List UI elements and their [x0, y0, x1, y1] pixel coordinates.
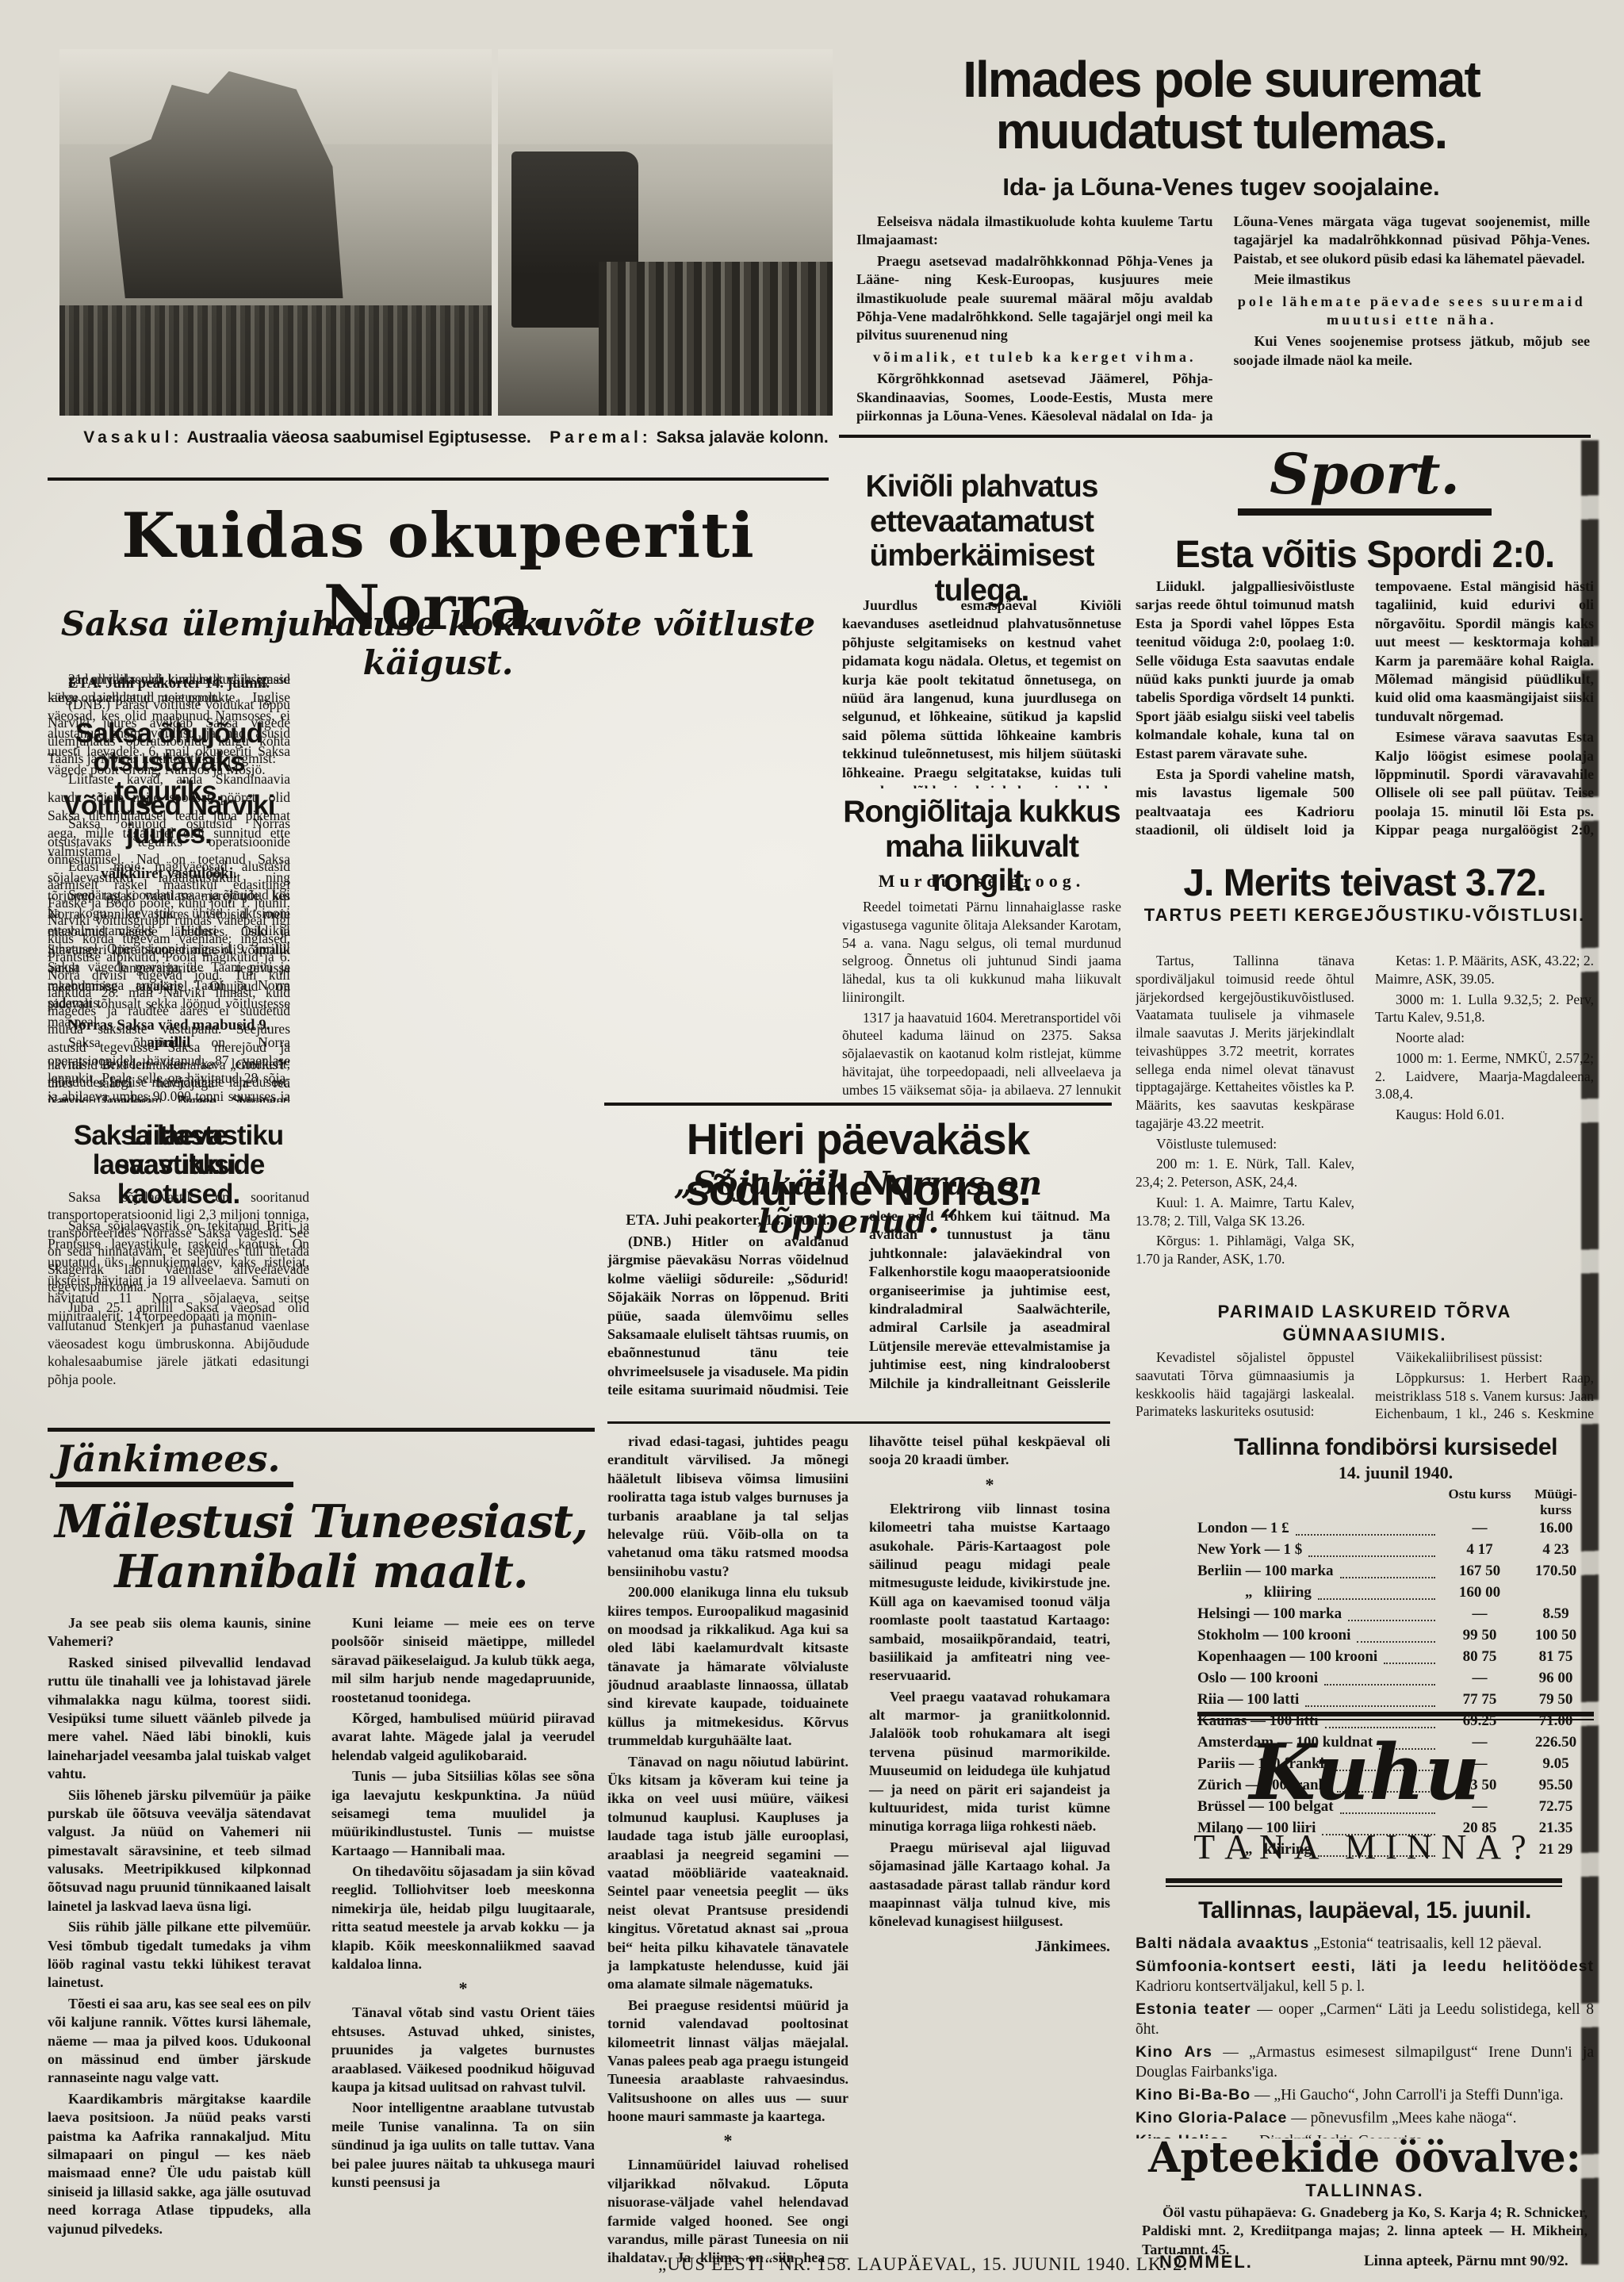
currency-label: Riia — 100 latti: [1197, 1689, 1299, 1711]
paragraph: Kaugus: Hold 6.01.: [1375, 1106, 1594, 1124]
listing-venue: Sümfoonia-kontsert eesti, läti ja leedu …: [1136, 1958, 1594, 1975]
paragraph: 200 m: 1. E. Nürk, Tall. Kalev, 23,4; 2.…: [1136, 1155, 1354, 1191]
separator-star: *: [331, 1978, 595, 1999]
signature: Jänkimees.: [869, 1938, 1110, 1956]
currency-label: Berliin — 100 marka: [1197, 1561, 1334, 1582]
crowd-on-quay: [59, 305, 492, 416]
divider: [839, 435, 1591, 438]
currency-label: Stokholm — 100 krooni: [1197, 1625, 1350, 1647]
weather-body: Eelseisva nädala ilmastikuolude kohta ku…: [856, 213, 1590, 428]
bourse-title: Tallinna fondibörsi kursisedel: [1197, 1434, 1594, 1461]
listing-venue: Kino Ars: [1136, 2043, 1212, 2061]
buy-rate: 99 50: [1442, 1625, 1518, 1647]
paragraph: Bei praeguse residentsi müürid ja tornid…: [607, 1996, 848, 2127]
listing-entry: Kino Bi-Ba-Bo — „Hi Gaucho“, John Carrol…: [1136, 2085, 1594, 2106]
kuhu-title: Kuhu: [1136, 1728, 1594, 1817]
dot-leader: [1318, 1598, 1435, 1600]
paragraph: Rasked sinised pilvevallid lendavad rutt…: [48, 1654, 311, 1784]
caption-lead-left: Vasakul:: [83, 428, 182, 447]
photo-sky: [498, 49, 833, 144]
paragraph: Kui Venes soojenemise protsess jätkub, m…: [1234, 332, 1591, 370]
listing-venue: Estonia teater: [1136, 2000, 1251, 2018]
paragraph: Eelseisva nädala ilmastikuolude kohta ku…: [856, 213, 1213, 250]
paragraph: Siis lõheneb järsku pilvemüür ja päike p…: [48, 1786, 311, 1916]
bourse-row: Kopenhaagen — 100 krooni80 7581 75: [1197, 1647, 1594, 1668]
bourse-row: London — 1 £—16.00: [1197, 1518, 1594, 1540]
currency-label: Helsingi — 100 marka: [1197, 1604, 1342, 1625]
paragraph: Kuul: 1. A. Maimre, Tartu Kalev, 13.78; …: [1136, 1194, 1354, 1230]
currency-label: London — 1 £: [1197, 1518, 1289, 1540]
divider: [48, 1428, 595, 1432]
paragraph: Liidukl. jalgpalliesivõistluste sarjas r…: [1136, 577, 1354, 763]
apteek-body: Ööl vastu pühapäeva: G. Gnadeberg ja Ko,…: [1142, 2203, 1588, 2254]
infantry-column: [599, 262, 833, 416]
paragraph: gad allveelaevad, kuna hulk väiksemaid l…: [48, 670, 290, 707]
currency-label: Oslo — 100 krooni: [1197, 1668, 1318, 1689]
bourse-date: 14. juunil 1940.: [1197, 1463, 1594, 1483]
apteek-headline: Apteekide öövalve:: [1136, 2134, 1594, 2182]
paragraph: 1000 m: 1. Eerme, NMKÜ, 2.57,2; 2. Laidv…: [1375, 1049, 1594, 1103]
rubric-underline: [56, 1482, 293, 1487]
bourse-column-headers: Ostu kurss Müügi- kurss: [1197, 1486, 1594, 1518]
paragraph: Saksa õhujõud osutusid Norras otsustavak…: [48, 815, 290, 1031]
dot-leader: [1324, 1684, 1435, 1686]
paragraph: Veel praegu vaatavad rohukamara alt marm…: [869, 1688, 1110, 1836]
feuilleton-rubric: Jänkimees.: [56, 1437, 293, 1487]
buy-rate: —: [1442, 1518, 1518, 1540]
section-headline: Saksa õhujõud otsustavaks teguriks.: [48, 719, 290, 807]
paragraph: On tihedavõitu sõjasadam ja siin kõvad r…: [331, 1862, 595, 1973]
photo-german-infantry-column: [498, 49, 833, 416]
paragraph: pole lähemate päevade sees suuremaid muu…: [1234, 293, 1591, 330]
paragraph: Praegu müriseval ajal liiguvad sõjamasin…: [869, 1839, 1110, 1931]
paragraph: Võistluste tulemused:: [1136, 1135, 1354, 1153]
paragraph: Tõesti ei saa aru, kas see seal ees on p…: [48, 1995, 311, 2088]
listing-venue: Kino Bi-Ba-Bo: [1136, 2086, 1251, 2104]
buy-rate: 77 75: [1442, 1689, 1518, 1711]
rubric-text: Jänkimees.: [56, 1437, 280, 1480]
sport-underline: [1238, 508, 1492, 516]
paragraph: Juurdlus esmaspäeval Kiviõli kaevanduses…: [842, 596, 1121, 788]
caption-text-left: Austraalia väeosa saabumisel Egiptusesse…: [187, 428, 531, 447]
kuhu-script-text: Kuhu: [1250, 1728, 1480, 1817]
divider: [48, 477, 829, 481]
separator-star: *: [607, 2131, 848, 2151]
photo-australian-troops: [59, 49, 492, 416]
listing-entry: Sümfoonia-kontsert eesti, läti ja leedu …: [1136, 1957, 1594, 1997]
bourse-row: Helsingi — 100 marka—8.59: [1197, 1604, 1594, 1625]
currency-label: New York — 1 $: [1197, 1540, 1302, 1561]
paragraph: rivad edasi-tagasi, juhtides peagu erand…: [607, 1432, 848, 1581]
paragraph: Kõrgus: 1. Pihlamägi, Valga SK, 1.70 ja …: [1136, 1232, 1354, 1268]
dot-leader: [1340, 1577, 1435, 1578]
paragraph: Tunis — juba Sitsiilias kõlas see sõna i…: [331, 1767, 595, 1860]
listing-entry: Kino Ars — „Armastus esimesest silmapilg…: [1136, 2042, 1594, 2083]
divider: [604, 1103, 1112, 1106]
paragraph: Kevadistel sõjalistel õppustel saavutati…: [1136, 1348, 1354, 1421]
paragraph: 3000 m: 1. Lulla 9.32,5; 2. Perv, Tartu …: [1375, 991, 1594, 1027]
dot-leader: [1348, 1620, 1435, 1621]
caption-text-right: Saksa jalaväe kolonn.: [657, 428, 829, 447]
merits-subhead: TARTUS PEETI KERGEJÕUSTIKU-VÕISTLUSI.: [1136, 904, 1594, 927]
scan-artifact-right-edge: [1581, 440, 1599, 2265]
buy-rate: 160 00: [1442, 1582, 1518, 1604]
sport-title-text: Sport.: [1270, 441, 1460, 507]
kivioli-headline: Kiviõli plahvatus ettevaatamatust ümberk…: [842, 470, 1121, 608]
kuhu-caps: TÄNA MINNA?: [1136, 1824, 1594, 1870]
listing-entry: Estonia teater — ooper „Carmen“ Läti ja …: [1136, 2000, 1594, 2040]
bourse-row: Stokholm — 100 krooni99 50100 50: [1197, 1625, 1594, 1647]
dot-leader: [1357, 1641, 1435, 1643]
newspaper-page: Vasakul: Austraalia väeosa saabumisel Eg…: [0, 0, 1624, 2282]
feuilleton-body-left: Ja see peab siis olema kaunis, sinine Va…: [48, 1614, 595, 2272]
divider: [1166, 1878, 1562, 1887]
paragraph: Tartus, Tallinna tänava spordiväljakul t…: [1136, 952, 1354, 1133]
esta-body: Liidukl. jalgpalliesivõistluste sarjas r…: [1136, 577, 1594, 857]
buy-rate: 80 75: [1442, 1647, 1518, 1668]
rongi-subhead: Murdus selgroog.: [842, 871, 1121, 892]
feuilleton-headline: Mälestusi Tuneesiast, Hannibali maalt.: [48, 1498, 595, 1597]
paragraph: võimalik, et tuleb ka kerget vihma.: [856, 348, 1213, 366]
rongi-body: Reedel toimetati Pärnu linnahaiglasse ra…: [842, 898, 1121, 1096]
weather-subhead: Ida- ja Lõuna-Venes tugev soojalaine.: [852, 173, 1590, 201]
feuilleton-headline-line1: Mälestusi Tuneesiast,: [48, 1498, 595, 1548]
buy-rate: 167 50: [1442, 1561, 1518, 1582]
paragraph: Väikekaliibrilisest püssist:: [1375, 1348, 1594, 1367]
buy-rate: 4 17: [1442, 1540, 1518, 1561]
paragraph: Tänavad on nagu nõiutud labürint. Üks ki…: [607, 1753, 848, 1994]
currency-label: Kopenhaagen — 100 krooni: [1197, 1647, 1377, 1668]
bourse-row: New York — 1 $4 174 23: [1197, 1540, 1594, 1561]
norra-col3: gad allveelaevad, kuna hulk väiksemaid l…: [48, 670, 290, 1103]
apteek-body-text: Ööl vastu pühapäeva: G. Gnadeberg ja Ko,…: [1142, 2203, 1588, 2254]
paragraph: Tänaval võtab sind vastu Orient täies eh…: [331, 2004, 595, 2096]
bourse-row: Riia — 100 latti77 7579 50: [1197, 1689, 1594, 1711]
paragraph: Praegu asetsevad madalrõhkkonnad Põhja-V…: [856, 252, 1213, 345]
bourse-row: Berliin — 100 marka167 50170.50: [1197, 1561, 1594, 1582]
bourse-row: „ kliiring160 00: [1197, 1582, 1594, 1604]
esta-headline: Esta võitis Spordi 2:0.: [1136, 533, 1594, 577]
feuilleton-body-right: rivad edasi-tagasi, juhtides peagu erand…: [607, 1432, 1110, 2272]
section-headline: Liitlaste laevastikkude kaotused.: [48, 1122, 309, 1209]
page-footer: „UUS EESTI“ NR. 158. LAUPÄEVAL, 15. JUUN…: [658, 2254, 1451, 2275]
sport-title: Sport.: [1136, 441, 1594, 516]
paragraph: Saksa sõjalaevastik on tekitanud Briti j…: [48, 1217, 309, 1325]
merits-headline: J. Merits teivast 3.72.: [1136, 861, 1594, 905]
paragraph: 1317 ja haavatuid 1604. Meretransportide…: [842, 1009, 1121, 1097]
listing-venue: Balti nädala avaaktus: [1136, 1935, 1309, 1952]
divider: [607, 1421, 1110, 1424]
listing-entry: Balti nädala avaaktus „Estonia“ teatrisa…: [1136, 1934, 1594, 1954]
kuhu-date-line: Tallinnas, laupäeval, 15. juunil.: [1136, 1897, 1594, 1924]
kuhu-entries: Balti nädala avaaktus „Estonia“ teatrisa…: [1136, 1934, 1594, 2138]
listing-entry: Kino Gloria-Palace — põnevusfilm „Mees k…: [1136, 2108, 1594, 2129]
subhead: ETA. Juhi peakorter, 14. juunil.: [607, 1212, 848, 1229]
merits-body: Tartus, Tallinna tänava spordiväljakul t…: [1136, 952, 1594, 1293]
bourse-col-buy: Ostu kurss: [1442, 1486, 1518, 1518]
paragraph: Siis rühib jälle pilkane ette pilvemüür.…: [48, 1918, 311, 1992]
paragraph: Kuni leiame — meie ees on terve poolsõõr…: [331, 1614, 595, 1707]
hitler-body: ETA. Juhi peakorter, 14. juunil.(DNB.) H…: [607, 1207, 1110, 1415]
paragraph: Meie ilmastikus: [1234, 270, 1591, 289]
laskurid-headline: PARIMAID LASKUREID TÕRVA GÜMNAASIUMIS.: [1136, 1301, 1594, 1346]
apteek-city: TALLINNAS.: [1136, 2180, 1594, 2203]
weather-headline: Ilmades pole suuremat muudatust tulemas.: [852, 54, 1590, 158]
paragraph: Ketas: 1. P. Määrits, ASK, 43.22; 2. Mai…: [1375, 952, 1594, 988]
norra-low-col2: Liitlaste laevastikkude kaotused.Saksa s…: [48, 1109, 309, 1422]
buy-rate: —: [1442, 1668, 1518, 1689]
listing-venue: Kino Gloria-Palace: [1136, 2109, 1287, 2127]
feuilleton-headline-line2: Hannibali maalt.: [48, 1548, 595, 1597]
paragraph: Reedel toimetati Pärnu linnahaiglasse ra…: [842, 898, 1121, 1007]
separator-star: *: [869, 1475, 1110, 1495]
dot-leader: [1384, 1663, 1435, 1664]
paragraph: Noor intelligentne araablane tutvustab m…: [331, 2099, 595, 2192]
buy-rate: —: [1442, 1604, 1518, 1625]
photo-caption: Vasakul: Austraalia väeosa saabumisel Eg…: [75, 428, 837, 447]
divider: [1197, 1712, 1594, 1720]
dot-leader: [1305, 1705, 1435, 1707]
currency-label: „ kliiring: [1197, 1582, 1312, 1604]
paragraph: Elektrirong viib linnast tosina kilomeet…: [869, 1500, 1110, 1686]
paragraph: Kaardikambris märgitakse kaardile laeva …: [48, 2090, 311, 2238]
bourse-row: Oslo — 100 krooni—96 00: [1197, 1668, 1594, 1689]
paragraph: Saksa õhujõud on Norra operatsioonidel h…: [48, 1034, 290, 1103]
kivioli-body: Juurdlus esmaspäeval Kiviõli kaevanduses…: [842, 596, 1121, 788]
caption-lead-right: Paremal:: [550, 428, 652, 447]
paragraph: Kõrged, hambulised müürid piiravad avara…: [331, 1709, 595, 1765]
dot-leader: [1308, 1555, 1435, 1557]
paragraph: (DNB.) Hitler on avaldanud järgmise päev…: [607, 1207, 1110, 1415]
paragraph: 200.000 elanikuga linna elu tuksub kiire…: [607, 1583, 848, 1751]
dot-leader: [1296, 1534, 1435, 1536]
paragraph: Ja see peab siis olema kaunis, sinine Va…: [48, 1614, 311, 1651]
laskurid-body: Kevadistel sõjalistel õppustel saavutati…: [1136, 1348, 1594, 1428]
paragraph: Noorte alad:: [1375, 1029, 1594, 1047]
